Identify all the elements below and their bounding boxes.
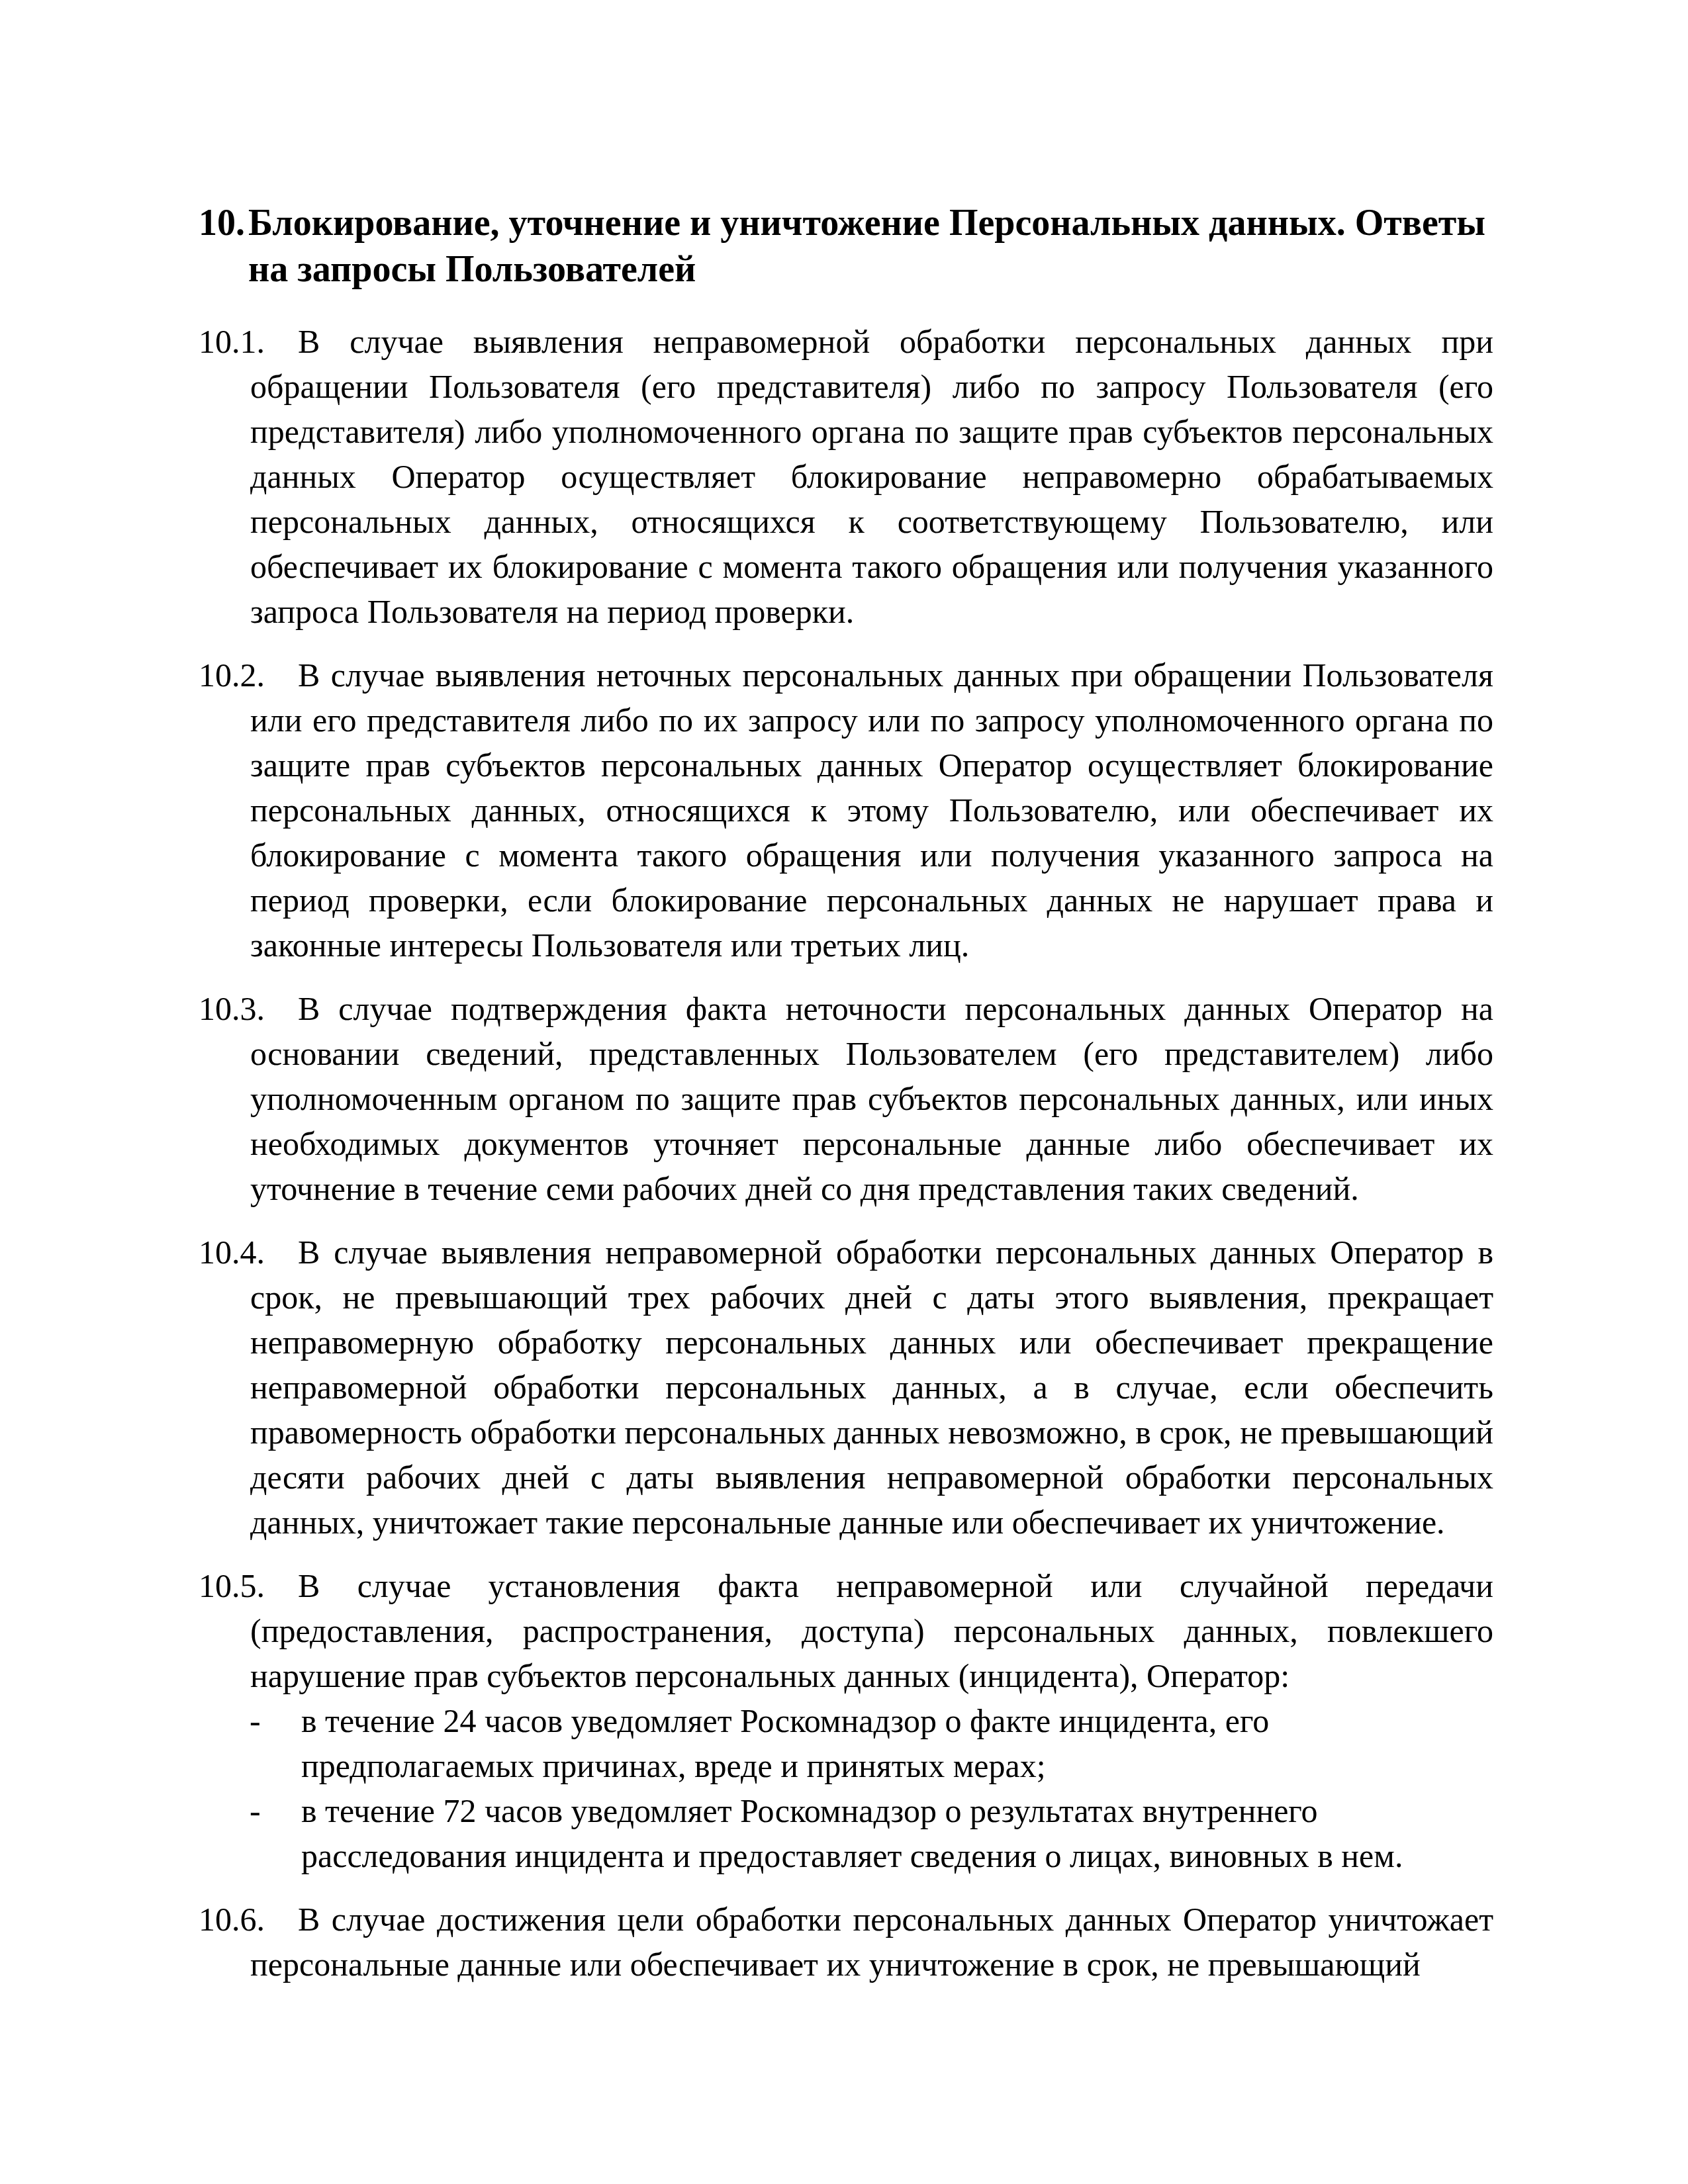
heading-text: Блокирование, уточнение и уничтожение Пе… <box>248 203 1485 290</box>
paragraph-text: В случае подтверждения факта неточности … <box>250 990 1493 1207</box>
paragraph-10-4: 10.4.В случае выявления неправомерной об… <box>199 1230 1493 1545</box>
paragraph-number: 10.5. <box>199 1563 298 1608</box>
bullet-item: -в течение 72 часов уведомляет Роскомнад… <box>199 1788 1493 1878</box>
paragraph-10-2: 10.2.В случае выявления неточных персона… <box>199 653 1493 968</box>
bullet-list: -в течение 24 часов уведомляет Роскомнад… <box>199 1698 1493 1878</box>
paragraph-text: В случае выявления неточных персональных… <box>250 657 1493 964</box>
bullet-item: -в течение 24 часов уведомляет Роскомнад… <box>199 1698 1493 1788</box>
document-page: 10.Блокирование, уточнение и уничтожение… <box>0 0 1688 2184</box>
paragraph-10-6: 10.6.В случае достижения цели обработки … <box>199 1897 1493 1987</box>
paragraph-10-5: 10.5.В случае установления факта неправо… <box>199 1563 1493 1698</box>
bullet-marker: - <box>250 1698 301 1743</box>
paragraph-number: 10.1. <box>199 319 298 364</box>
paragraph-number: 10.4. <box>199 1230 298 1275</box>
bullet-text: в течение 24 часов уведомляет Роскомнадз… <box>301 1702 1269 1784</box>
bullet-marker: - <box>250 1788 301 1833</box>
paragraph-10-5-block: 10.5.В случае установления факта неправо… <box>199 1563 1493 1878</box>
paragraph-text: В случае выявления неправомерной обработ… <box>250 323 1493 630</box>
paragraph-text: В случае достижения цели обработки персо… <box>250 1901 1493 1983</box>
paragraph-10-1: 10.1.В случае выявления неправомерной об… <box>199 319 1493 634</box>
section-heading: 10.Блокирование, уточнение и уничтожение… <box>199 200 1493 293</box>
paragraph-number: 10.2. <box>199 653 298 698</box>
paragraph-text: В случае установления факта неправомерно… <box>250 1567 1493 1694</box>
document-content: 10.Блокирование, уточнение и уничтожение… <box>199 200 1493 2005</box>
bullet-text: в течение 72 часов уведомляет Роскомнадз… <box>301 1792 1403 1874</box>
paragraph-number: 10.6. <box>199 1897 298 1942</box>
heading-number: 10. <box>199 200 248 246</box>
paragraph-text: В случае выявления неправомерной обработ… <box>250 1234 1493 1541</box>
paragraph-number: 10.3. <box>199 986 298 1031</box>
paragraph-10-3: 10.3.В случае подтверждения факта неточн… <box>199 986 1493 1211</box>
